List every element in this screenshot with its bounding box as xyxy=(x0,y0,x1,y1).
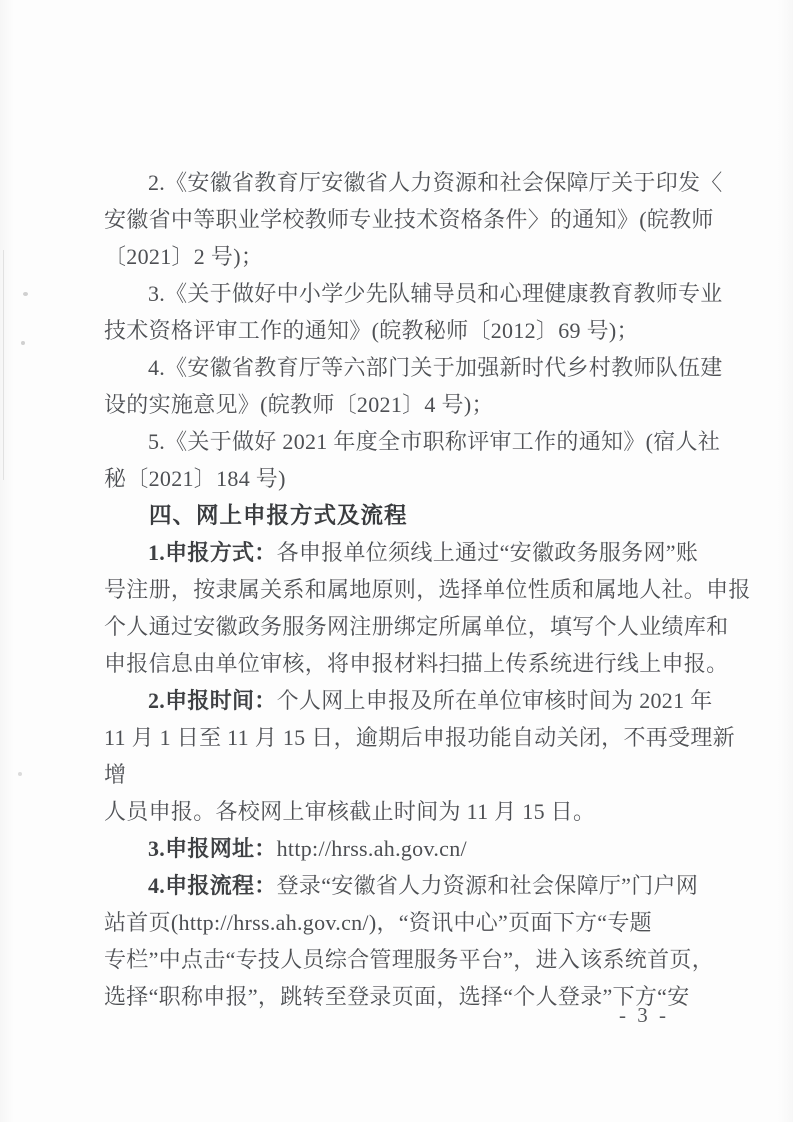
procedure-item-3: 3.申报网址：http://hrss.ah.gov.cn/ xyxy=(104,830,752,867)
scan-speck xyxy=(23,292,28,296)
reference-item-3: 3.《关于做好中小学少先队辅导员和心理健康教育教师专业 技术资格评审工作的通知》… xyxy=(104,275,752,349)
reference-item-5: 5.《关于做好 2021 年度全市职称评审工作的通知》(宿人社 秘〔2021〕1… xyxy=(104,423,752,497)
procedure-item-2: 2.申报时间：个人网上申报及所在单位审核时间为 2021 年 11 月 1 日至… xyxy=(104,682,752,830)
scan-speck xyxy=(18,772,22,776)
procedure-item-1: 1.申报方式：各申报单位须线上通过“安徽政务服务网”账 号注册，按隶属关系和属地… xyxy=(104,534,752,682)
procedure-item-1-label: 1.申报方式： xyxy=(148,540,277,565)
reference-item-4: 4.《安徽省教育厅等六部门关于加强新时代乡村教师队伍建 设的实施意见》(皖教师〔… xyxy=(104,349,752,423)
procedure-item-4: 4.申报流程：登录“安徽省人力资源和社会保障厅”门户网 站首页(http://h… xyxy=(104,867,752,1015)
procedure-item-4-label: 4.申报流程： xyxy=(148,873,277,898)
section-heading: 四、网上申报方式及流程 xyxy=(104,497,752,534)
reference-item-2: 2.《安徽省教育厅安徽省人力资源和社会保障厅关于印发〈 安徽省中等职业学校教师专… xyxy=(104,164,752,275)
procedure-item-3-label: 3.申报网址： xyxy=(148,836,277,861)
page-number: - 3 - xyxy=(619,1000,669,1030)
document-page: 2.《安徽省教育厅安徽省人力资源和社会保障厅关于印发〈 安徽省中等职业学校教师专… xyxy=(0,0,793,1122)
scan-edge-artifact xyxy=(3,250,4,480)
document-content: 2.《安徽省教育厅安徽省人力资源和社会保障厅关于印发〈 安徽省中等职业学校教师专… xyxy=(104,164,752,1015)
procedure-item-3-text: http://hrss.ah.gov.cn/ xyxy=(277,836,467,861)
scan-speck xyxy=(21,341,25,345)
procedure-item-2-label: 2.申报时间： xyxy=(148,688,277,713)
